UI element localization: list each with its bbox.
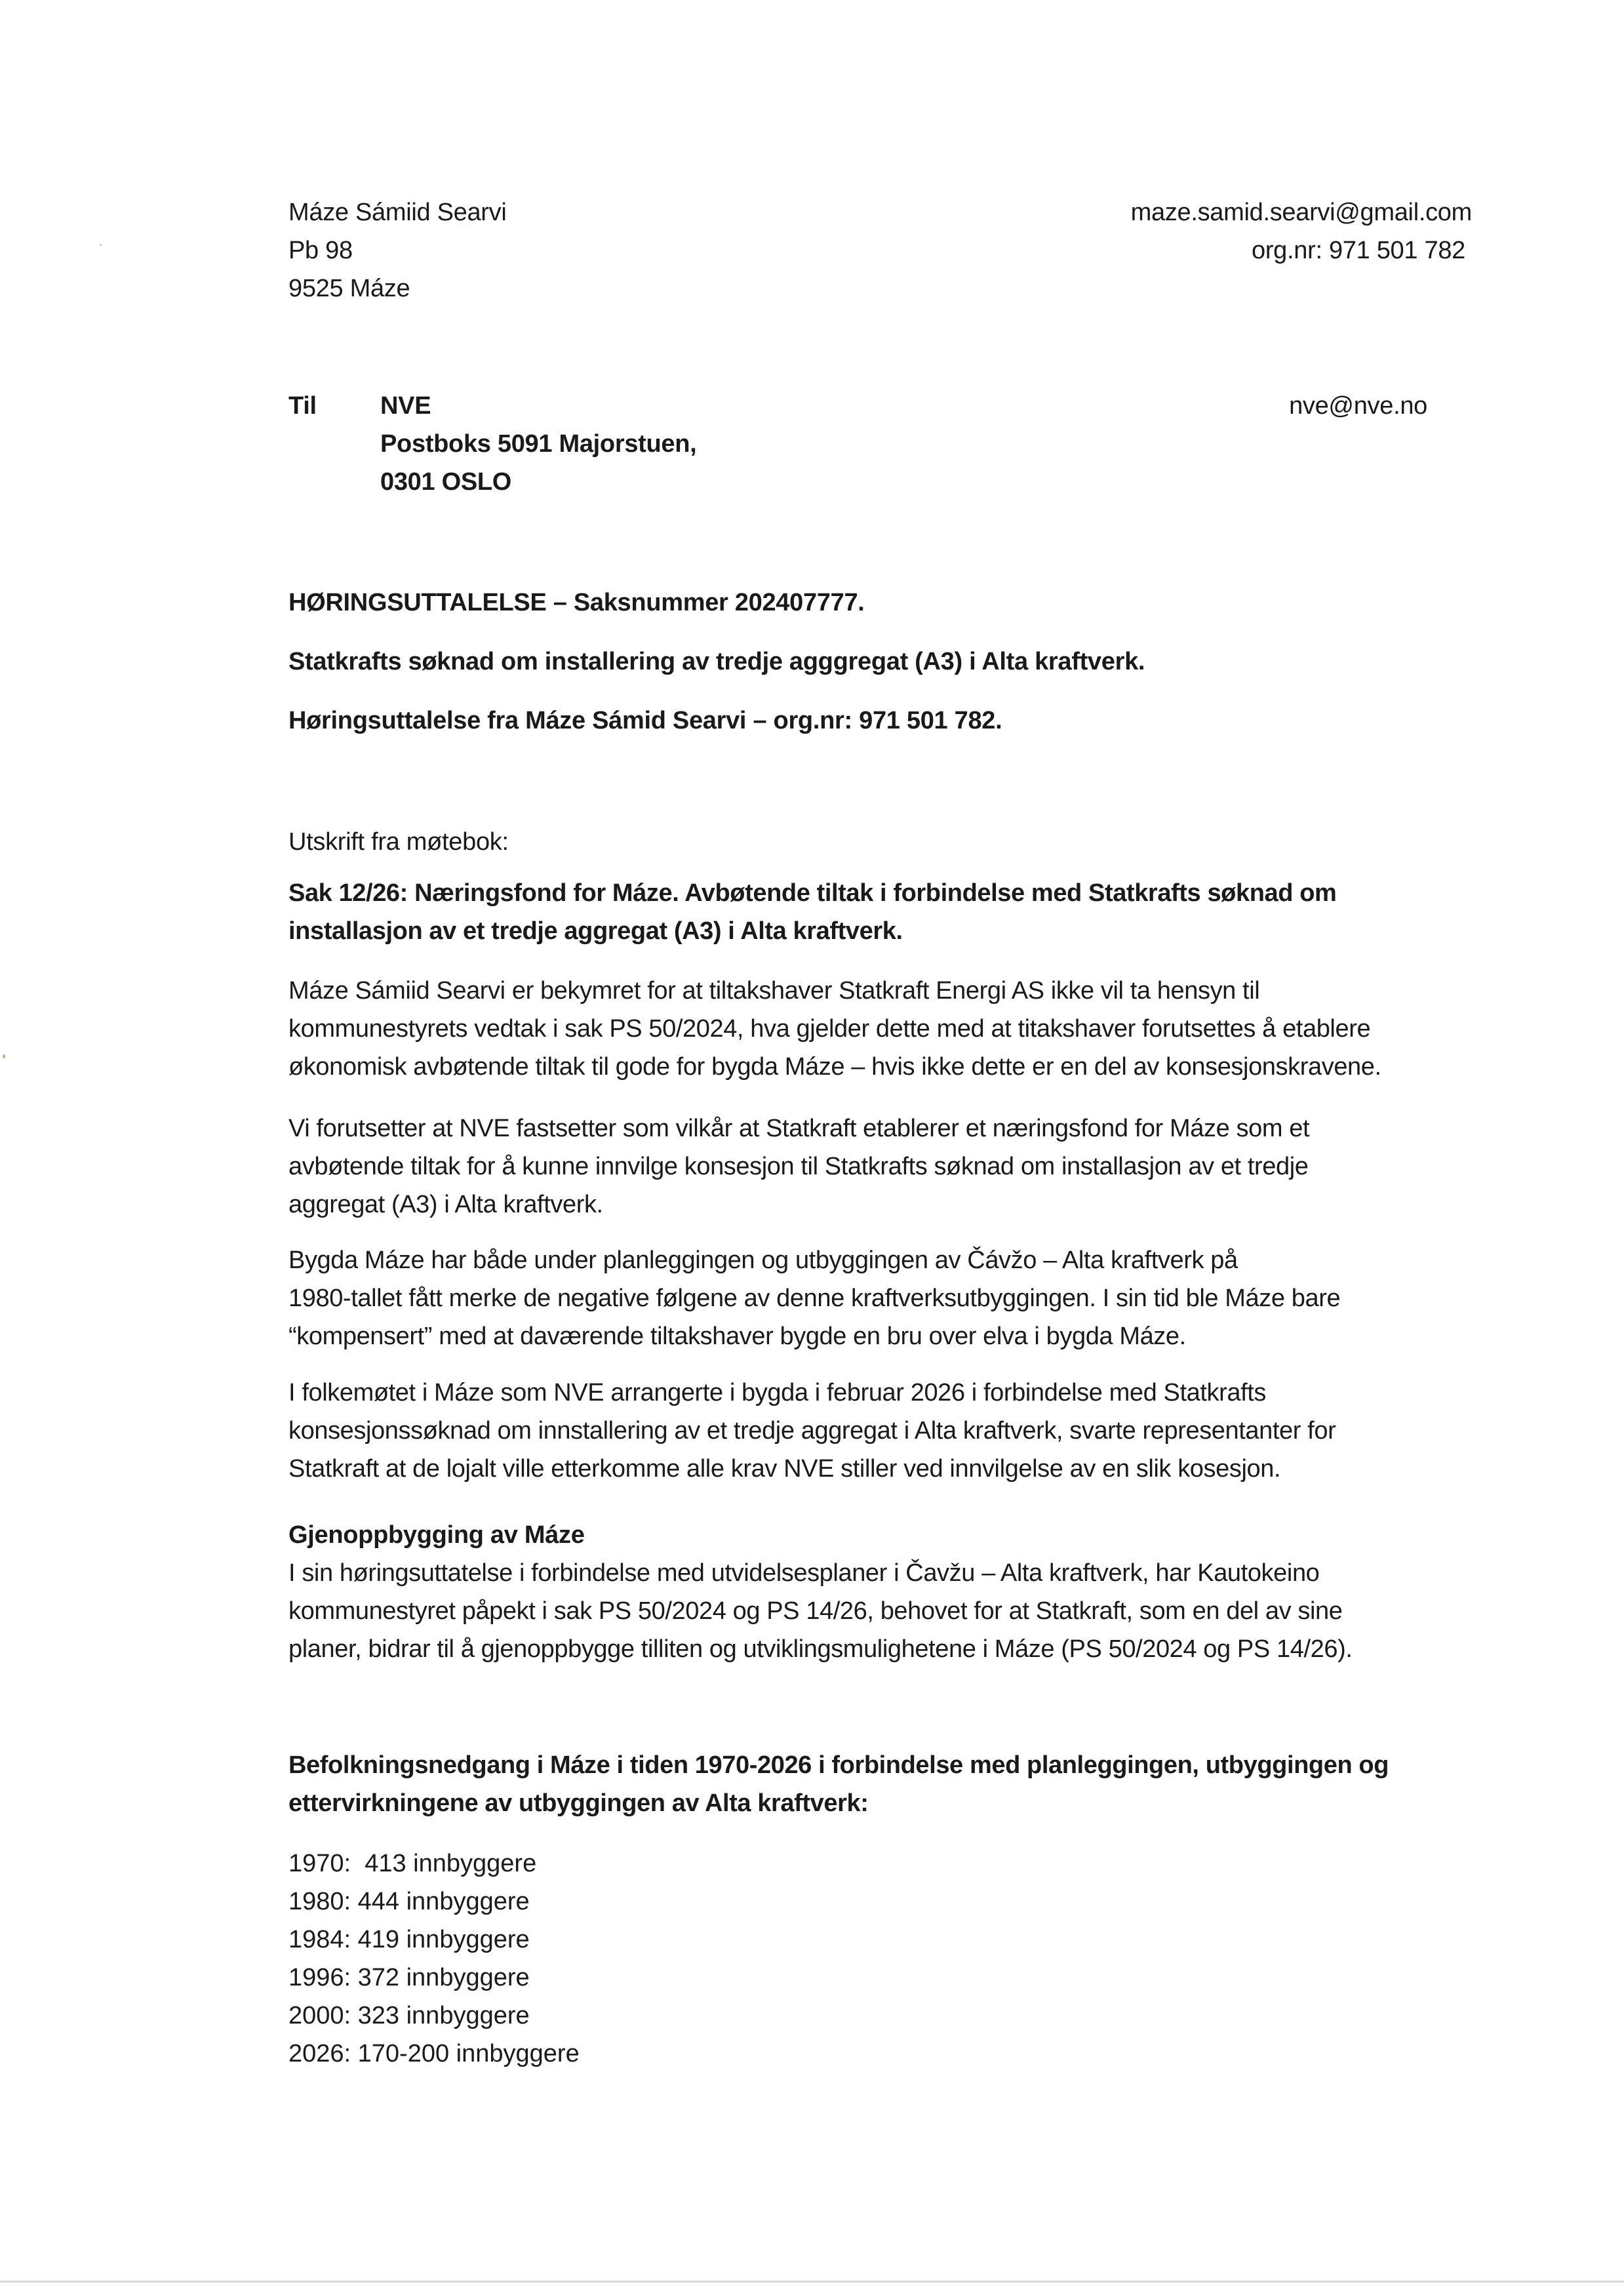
sender-box: Pb 98 <box>288 231 353 269</box>
population-title: Befolkningsnedgang i Máze i tiden 1970-2… <box>288 1746 1482 1822</box>
section-body: I sin høringsuttatelse i forbindelse med… <box>288 1554 1482 1668</box>
population-entry: 1984: 419 innbyggere <box>288 1921 580 1959</box>
paragraph-line: kommunestyrets vedtak i sak PS 50/2024, … <box>288 1010 1482 1048</box>
paragraph-line: aggregat (A3) i Alta kraftverk. <box>288 1186 1482 1224</box>
paragraph-line: Bygda Máze har både under planleggingen … <box>288 1241 1482 1279</box>
letter-page: Máze Sámiid Searvi Pb 98 9525 Máze maze.… <box>0 0 1624 2295</box>
paragraph-line: Vi forutsetter at NVE fastsetter som vil… <box>288 1109 1482 1147</box>
paragraph-line: 1980-tallet fått merke de negative følge… <box>288 1279 1482 1317</box>
scan-bottom-edge <box>0 2281 1624 2283</box>
paragraph-line: planer, bidrar til å gjenoppbygge tillit… <box>288 1630 1482 1668</box>
recipient-label: Til <box>288 387 317 425</box>
sender-postal: 9525 Máze <box>288 269 410 308</box>
population-entry: 1980: 444 innbyggere <box>288 1883 580 1921</box>
population-entry: 2000: 323 innbyggere <box>288 1997 580 2035</box>
population-title-line: ettervirkningene av utbyggingen av Alta … <box>288 1784 1482 1822</box>
case-title-line: Sak 12/26: Næringsfond for Máze. Avbøten… <box>288 874 1482 912</box>
sender-orgnr: org.nr: 971 501 782 <box>1252 231 1465 269</box>
paragraph-public-meeting: I folkemøtet i Máze som NVE arrangerte i… <box>288 1374 1482 1488</box>
paragraph-line: Máze Sámiid Searvi er bekymret for at ti… <box>288 972 1482 1010</box>
recipient-name: NVE <box>380 387 431 425</box>
paragraph-line: I folkemøtet i Máze som NVE arrangerte i… <box>288 1374 1482 1412</box>
paragraph-line: kommunestyret påpekt i sak PS 50/2024 og… <box>288 1592 1482 1630</box>
population-entry: 1996: 372 innbyggere <box>288 1959 580 1997</box>
paragraph-concern: Máze Sámiid Searvi er bekymret for at ti… <box>288 972 1482 1086</box>
minutes-intro: Utskrift fra møtebok: <box>288 823 509 861</box>
heading-case-number: HØRINGSUTTALELSE – Saksnummer 202407777. <box>288 584 865 622</box>
scan-speck <box>3 1054 5 1058</box>
recipient-address: Postboks 5091 Majorstuen, <box>380 425 696 463</box>
sender-email: maze.samid.searvi@gmail.com <box>1131 193 1472 231</box>
case-title: Sak 12/26: Næringsfond for Máze. Avbøten… <box>288 874 1482 950</box>
sender-name: Máze Sámiid Searvi <box>288 193 507 231</box>
population-entry: 1970: 413 innbyggere <box>288 1845 580 1883</box>
population-list: 1970: 413 innbyggere 1980: 444 innbygger… <box>288 1845 580 2073</box>
paragraph-line: “kompensert” med at daværende tiltakshav… <box>288 1317 1482 1355</box>
heading-application: Statkrafts søknad om installering av tre… <box>288 643 1145 681</box>
population-entry: 2026: 170-200 innbyggere <box>288 2035 580 2073</box>
scan-speck <box>100 244 102 246</box>
recipient-email: nve@nve.no <box>1289 387 1427 425</box>
recipient-postal: 0301 OSLO <box>380 463 511 501</box>
population-title-line: Befolkningsnedgang i Máze i tiden 1970-2… <box>288 1746 1482 1784</box>
paragraph-line: økonomisk avbøtende tiltak til gode for … <box>288 1048 1482 1086</box>
paragraph-condition: Vi forutsetter at NVE fastsetter som vil… <box>288 1109 1482 1224</box>
paragraph-history: Bygda Máze har både under planleggingen … <box>288 1241 1482 1355</box>
paragraph-line: avbøtende tiltak for å kunne innvilge ko… <box>288 1147 1482 1186</box>
paragraph-line: I sin høringsuttatelse i forbindelse med… <box>288 1554 1482 1592</box>
paragraph-line: Statkraft at de lojalt ville etterkomme … <box>288 1450 1482 1488</box>
heading-statement: Høringsuttalelse fra Máze Sámid Searvi –… <box>288 702 1002 740</box>
case-title-line: installasjon av et tredje aggregat (A3) … <box>288 912 1482 950</box>
paragraph-line: konsesjonssøknad om innstallering av et … <box>288 1412 1482 1450</box>
section-title: Gjenoppbygging av Máze <box>288 1516 585 1554</box>
